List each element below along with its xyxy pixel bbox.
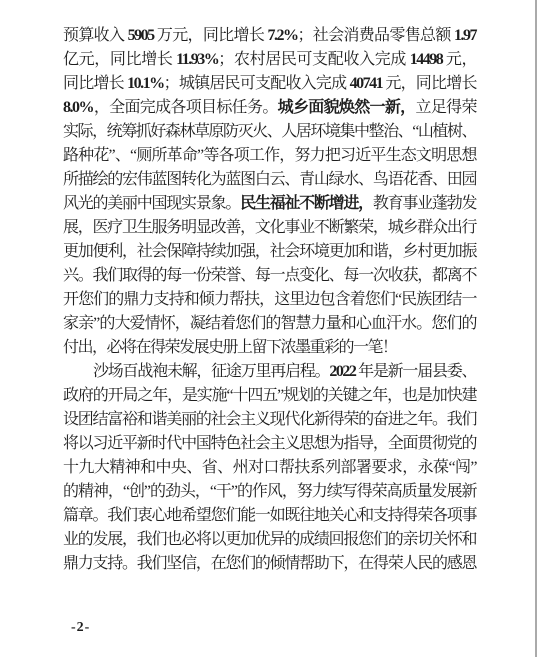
text-segment: 预算收入 [63,27,128,44]
text-segment: ，全面完成各项目标任务。 [93,99,278,116]
document-body: 预算收入 5905 万元，同比增长 7.2%；社会消费品零售总额 1.97亿元，… [63,24,476,576]
bold-text-segment: 2022 [329,363,355,380]
document-page: 预算收入 5905 万元，同比增长 7.2%；社会消费品零售总额 1.97亿元，… [0,0,538,657]
text-segment: 业的发展，我们也必将以更加优异的成绩回报您们的亲切关怀和 [63,531,476,548]
bold-text-segment: 8.0% [63,99,93,116]
text-line: 亿元，同比增长 11.93%；农村居民可支配收入完成 14498 元， [63,48,476,72]
text-segment: ；城镇居民可支配收入完成 [164,75,350,92]
text-line: 业的发展，我们也必将以更加优异的成绩回报您们的亲切关怀和 [63,528,476,552]
text-segment: 同比增长 [63,75,127,92]
text-segment: 沙场百战袍未解，征途万里再启程。 [93,363,329,380]
bold-text-segment: 1.97 [454,27,476,44]
text-line: 十九大精神和中央、省、州对口帮扶系列部署要求，永葆“闯” [63,456,476,480]
page-number: -2- [71,620,90,636]
text-segment: 将以习近平新时代中国特色社会主义思想为指导，全面贯彻党的 [63,435,476,452]
text-line: 沙场百战袍未解，征途万里再启程。2022 年是新一届县委、 [63,360,476,384]
text-segment: 实际，统筹抓好森林草原防灭火、人居环境集中整治、“山植树、 [63,123,476,140]
text-segment: 元， [442,51,476,68]
text-line: 预算收入 5905 万元，同比增长 7.2%；社会消费品零售总额 1.97 [63,24,476,48]
text-segment: 开您们的鼎力支持和倾力帮扶，这里边包含着您们“民族团结一 [63,291,476,308]
text-segment: 元，同比增长 [382,75,476,92]
text-segment: 家亲”的大爱情怀，凝结着您们的智慧力量和心血汗水。您们的 [63,315,476,332]
text-line: 篇章。我们衷心地希望您们能一如既往地关心和支持得荣各项事 [63,504,476,528]
text-line: 风光的美丽中国现实景象。民生福祉不断增进，教育事业蓬勃发 [63,192,476,216]
text-segment: 设团结富裕和谐美丽的社会主义现代化新得荣的奋进之年。我们 [63,411,476,428]
text-segment: 路种花”、“厕所革命”等各项工作，努力把习近平生态文明思想 [63,147,476,164]
text-segment: 亿元，同比增长 [63,51,176,68]
text-line: 鼎力支持。我们坚信，在您们的倾情帮助下，在得荣人民的感恩 [63,552,476,576]
text-line: 展，医疗卫生服务明显改善，文化事业不断繁荣，城乡群众出行 [63,216,476,240]
bold-text-segment: 城乡面貌焕然一新， [278,99,416,116]
text-segment: ；社会消费品零售总额 [297,27,454,44]
text-segment: 万元，同比增长 [154,27,268,44]
text-line: 家亲”的大爱情怀，凝结着您们的智慧力量和心血汗水。您们的 [63,312,476,336]
text-line: 同比增长 10.1%；城镇居民可支配收入完成 40741 元，同比增长 [63,72,476,96]
text-segment: 十九大精神和中央、省、州对口帮扶系列部署要求，永葆“闯” [63,459,476,476]
text-line: 兴。我们取得的每一份荣誉、每一点变化、每一次收获，都离不 [63,264,476,288]
bold-text-segment: 40741 [350,75,383,92]
text-segment: 风光的美丽中国现实景象。 [63,195,240,212]
text-segment: 展，医疗卫生服务明显改善，文化事业不断繁荣，城乡群众出行 [63,219,476,236]
text-line: 更加便利，社会保障持续加强，社会环境更加和谐，乡村更加振 [63,240,476,264]
text-line: 将以习近平新时代中国特色社会主义思想为指导，全面贯彻党的 [63,432,476,456]
text-segment: 更加便利，社会保障持续加强，社会环境更加和谐，乡村更加振 [63,243,476,260]
text-line: 的精神，“创”的劲头，“干”的作风，努力续写得荣高质量发展新 [63,480,476,504]
text-segment: 所描绘的宏伟蓝图转化为蓝图白云、青山绿水、鸟语花香、田园 [63,171,476,188]
text-segment: 的精神，“创”的劲头，“干”的作风，努力续写得荣高质量发展新 [63,483,476,500]
text-segment: ；农村居民可支配收入完成 [218,51,409,68]
text-segment: 政府的开局之年，是实施“十四五”规划的关键之年，也是加快建 [63,387,476,404]
text-line: 设团结富裕和谐美丽的社会主义现代化新得荣的奋进之年。我们 [63,408,476,432]
bold-text-segment: 5905 [128,27,154,44]
scan-edge-line [535,0,537,657]
text-line: 实际，统筹抓好森林草原防灭火、人居环境集中整治、“山植树、 [63,120,476,144]
text-line: 路种花”、“厕所革命”等各项工作，努力把习近平生态文明思想 [63,144,476,168]
text-segment: 年是新一届县委、 [355,363,476,380]
text-segment: 兴。我们取得的每一份荣誉、每一点变化、每一次收获，都离不 [63,267,476,284]
bold-text-segment: 10.1% [127,75,164,92]
text-segment: 鼎力支持。我们坚信，在您们的倾情帮助下，在得荣人民的感恩 [63,555,476,572]
text-line: 政府的开局之年，是实施“十四五”规划的关键之年，也是加快建 [63,384,476,408]
text-segment: 教育事业蓬勃发 [373,195,476,212]
text-segment: 付出，必将在得荣发展史册上留下浓墨重彩的一笔！ [63,339,397,356]
text-line: 开您们的鼎力支持和倾力帮扶，这里边包含着您们“民族团结一 [63,288,476,312]
text-segment: 篇章。我们衷心地希望您们能一如既往地关心和支持得荣各项事 [63,507,476,524]
bold-text-segment: 14498 [410,51,443,68]
text-segment: 立足得荣 [416,99,476,116]
bold-text-segment: 7.2% [267,27,297,44]
text-line: 8.0%，全面完成各项目标任务。城乡面貌焕然一新，立足得荣 [63,96,476,120]
text-line: 付出，必将在得荣发展史册上留下浓墨重彩的一笔！ [63,336,476,360]
bold-text-segment: 民生福祉不断增进， [240,195,373,212]
bold-text-segment: 11.93% [176,51,218,68]
text-line: 所描绘的宏伟蓝图转化为蓝图白云、青山绿水、鸟语花香、田园 [63,168,476,192]
